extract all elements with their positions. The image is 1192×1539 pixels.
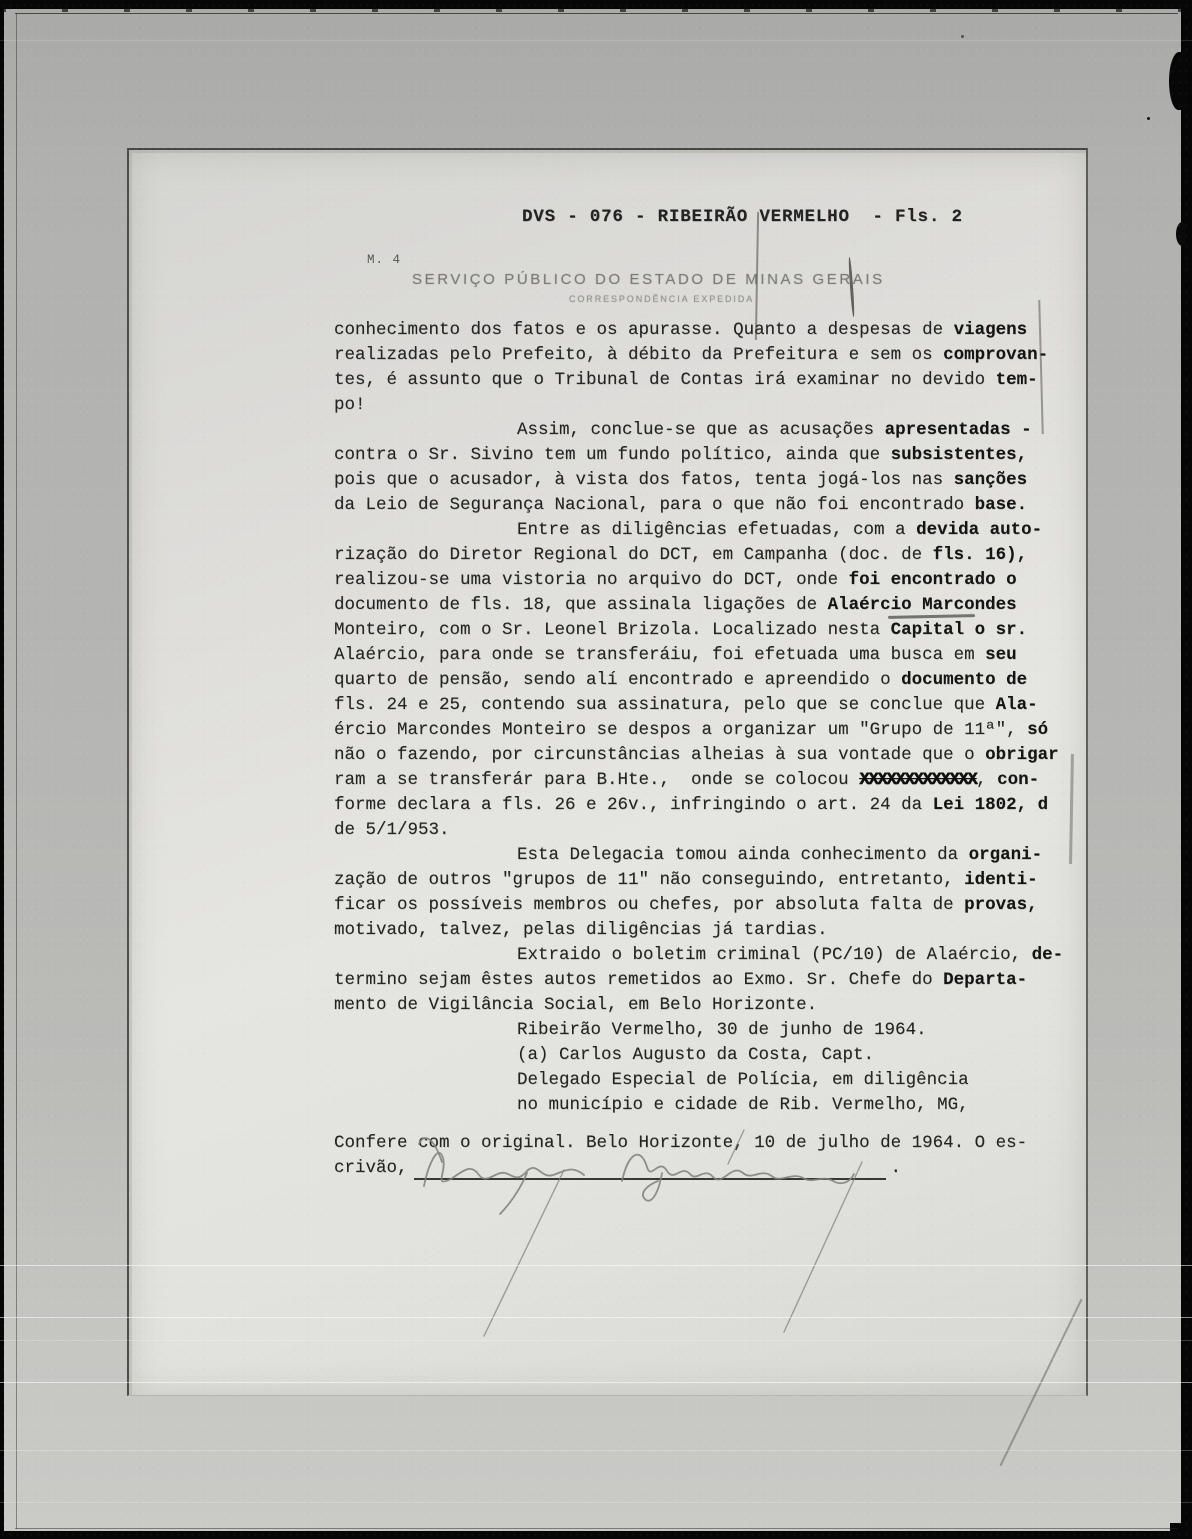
dust-speck	[961, 35, 964, 38]
text-line: po!	[334, 393, 1064, 418]
signature-label: crivão,	[334, 1156, 408, 1181]
text-line: ficar os possíveis membros ou chefes, po…	[334, 893, 1064, 918]
letterhead-subtitle: CORRESPONDÊNCIA EXPEDIDA	[569, 294, 754, 304]
text-line: forme declara a fls. 26 e 26v., infringi…	[334, 793, 1064, 818]
document-page: DVS - 076 - RIBEIRÃO VERMELHO - Fls. 2 M…	[127, 148, 1088, 1396]
film-edge-bottom	[0, 1531, 1192, 1539]
text-line: motivado, talvez, pelas diligências já t…	[334, 918, 1064, 943]
text-line: fls. 24 e 25, contendo sua assinatura, p…	[334, 693, 1064, 718]
typewritten-body: conhecimento dos fatos e os apurasse. Qu…	[334, 318, 1064, 1118]
text-line: Delegado Especial de Polícia, em diligên…	[334, 1068, 1064, 1093]
scanned-document: DVS - 076 - RIBEIRÃO VERMELHO - Fls. 2 M…	[0, 0, 1192, 1539]
document-reference: DVS - 076 - RIBEIRÃO VERMELHO - Fls. 2	[522, 207, 963, 227]
text-line: zação de outros "grupos de 11" não conse…	[334, 868, 1064, 893]
signature-row: crivão, .	[334, 1156, 1074, 1181]
certification-block: Confere com o original. Belo Horizonte, …	[334, 1131, 1074, 1181]
letterhead-title: SERVIÇO PÚBLICO DO ESTADO DE MINAS GERAI…	[412, 271, 885, 288]
text-line: (a) Carlos Augusto da Costa, Capt.	[334, 1043, 1064, 1068]
text-line: rização do Diretor Regional do DCT, em C…	[334, 543, 1064, 568]
film-scratch	[0, 40, 1192, 41]
copy-frame-line	[16, 13, 17, 1529]
film-edge-ticks	[0, 9, 1192, 12]
text-line: da Leio de Segurança Nacional, para o qu…	[334, 493, 1064, 518]
film-scratch	[0, 1502, 1192, 1503]
form-number: M. 4	[367, 253, 401, 267]
film-blemish	[1176, 222, 1185, 246]
signature-line	[414, 1154, 886, 1180]
signature-period: .	[891, 1156, 902, 1181]
text-line: de 5/1/953.	[334, 818, 1064, 843]
film-edge-top	[0, 0, 1192, 9]
copy-frame-line	[15, 13, 1178, 14]
text-line: ércio Marcondes Monteiro se despos a org…	[334, 718, 1064, 743]
handwritten-signature	[414, 1124, 886, 1196]
film-edge-left	[0, 0, 4, 1539]
text-line: no município e cidade de Rib. Vermelho, …	[334, 1093, 1064, 1118]
copy-frame-line	[15, 1528, 1178, 1529]
film-scratch	[0, 1450, 1192, 1451]
text-line: quarto de pensão, sendo alí encontrado e…	[334, 668, 1064, 693]
text-line: realizou-se uma vistoria no arquivo do D…	[334, 568, 1064, 593]
text-line: não o fazendo, por circunstâncias alheia…	[334, 743, 1064, 768]
film-blemish	[1169, 52, 1186, 110]
text-line: contra o Sr. Sivino tem um fundo polític…	[334, 443, 1064, 468]
text-line: pois que o acusador, à vista dos fatos, …	[334, 468, 1064, 493]
text-line: realizadas pelo Prefeito, à débito da Pr…	[334, 343, 1064, 368]
text-line: Monteiro, com o Sr. Leonel Brizola. Loca…	[334, 618, 1064, 643]
text-line: Ribeirão Vermelho, 30 de junho de 1964.	[334, 1018, 1064, 1043]
text-line: Entre as diligências efetuadas, com a de…	[334, 518, 1064, 543]
text-line: tes, é assunto que o Tribunal de Contas …	[334, 368, 1064, 393]
text-line: Esta Delegacia tomou ainda conhecimento …	[334, 843, 1064, 868]
text-line: ram a se transferár para B.Hte., onde se…	[334, 768, 1064, 793]
text-line: conhecimento dos fatos e os apurasse. Qu…	[334, 318, 1064, 343]
text-line: Assim, conclue-se que as acusações apres…	[334, 418, 1064, 443]
film-blemish	[1170, 1523, 1192, 1539]
text-line: Alaércio, para onde se transferáiu, foi …	[334, 643, 1064, 668]
dust-speck	[1147, 117, 1150, 120]
text-line: mento de Vigilância Social, em Belo Hori…	[334, 993, 1064, 1018]
text-line: Extraido o boletim criminal (PC/10) de A…	[334, 943, 1064, 968]
text-line: termino sejam êstes autos remetidos ao E…	[334, 968, 1064, 993]
